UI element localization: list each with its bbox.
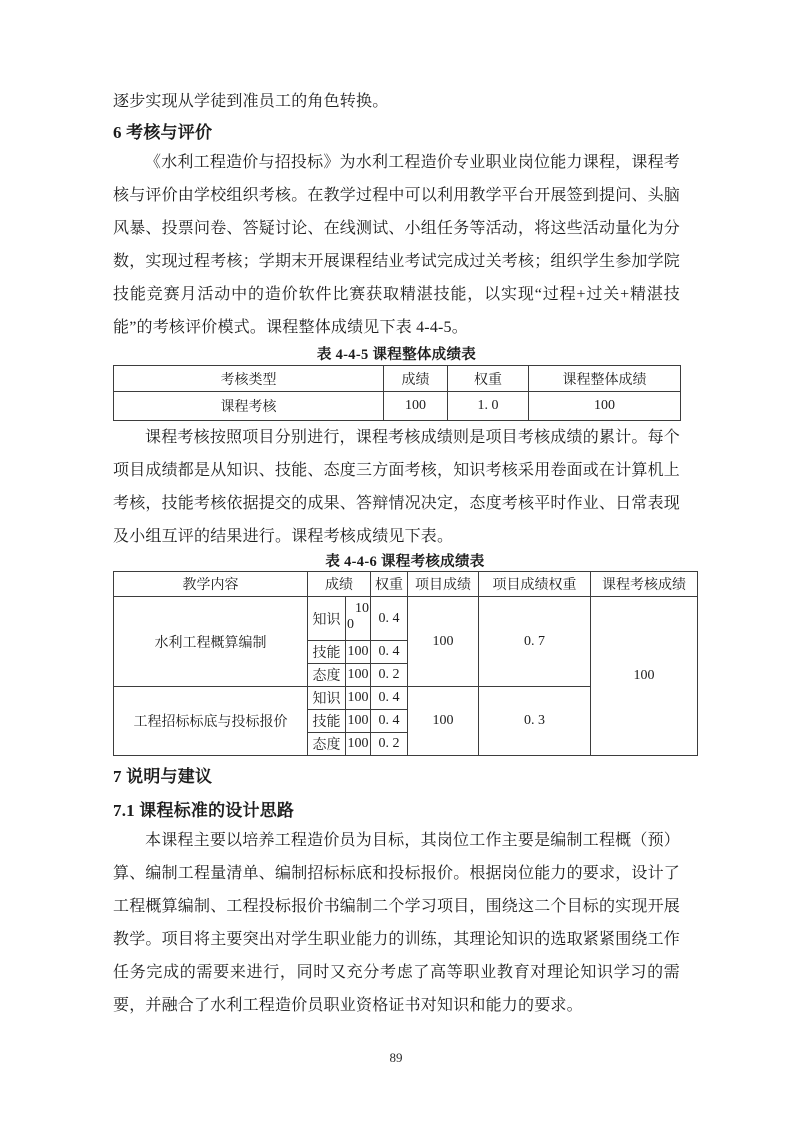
t1-header-weight: 权重 bbox=[448, 366, 529, 392]
t2-g1-project-score: 100 bbox=[408, 597, 479, 687]
page-number: 89 bbox=[0, 1050, 792, 1066]
t2-g2-knowledge-score: 100 bbox=[346, 687, 371, 710]
t2-g2-knowledge-weight: 0. 4 bbox=[371, 687, 408, 710]
t2-header-score: 成绩 bbox=[308, 572, 371, 597]
table-4-4-5-caption: 表 4-4-5 课程整体成绩表 bbox=[113, 346, 680, 364]
t2-g1-skill-score: 100 bbox=[346, 641, 371, 664]
t2-header-project-weight: 项目成绩权重 bbox=[479, 572, 591, 597]
section-7-1-paragraph: 本课程主要以培养工程造价员为目标，其岗位工作主要是编制工程概（预）算、编制工程量… bbox=[113, 824, 680, 1022]
t2-g1-attitude-score: 100 bbox=[346, 664, 371, 687]
section-6-paragraph: 《水利工程造价与招投标》为水利工程造价专业职业岗位能力课程，课程考核与评价由学校… bbox=[113, 146, 680, 344]
table-4-4-6-header-row: 教学内容 成绩 权重 项目成绩 项目成绩权重 课程考核成绩 bbox=[114, 572, 698, 597]
t2-g1-knowledge-label: 知识 bbox=[308, 597, 346, 641]
score-wrapped-line2: 0 bbox=[346, 617, 370, 633]
t2-g2-project-score: 100 bbox=[408, 687, 479, 756]
intro-paragraph: 逐步实现从学徒到准员工的角色转换。 bbox=[113, 85, 680, 118]
t2-g1-project-weight: 0. 7 bbox=[479, 597, 591, 687]
t2-g1-knowledge-score: 10 0 bbox=[346, 597, 371, 641]
t2-header-project-score: 项目成绩 bbox=[408, 572, 479, 597]
t1-header-score: 成绩 bbox=[384, 366, 448, 392]
t2-g2-attitude-weight: 0. 2 bbox=[371, 733, 408, 756]
t1-header-assess-type: 考核类型 bbox=[114, 366, 384, 392]
t1-cell-score: 100 bbox=[384, 392, 448, 421]
table-4-4-5-header-row: 考核类型 成绩 权重 课程整体成绩 bbox=[114, 366, 681, 392]
assessment-detail-paragraph: 课程考核按照项目分别进行，课程考核成绩则是项目考核成绩的累计。每个项目成绩都是从… bbox=[113, 421, 680, 553]
table-4-4-5-data-row: 课程考核 100 1. 0 100 bbox=[114, 392, 681, 421]
t2-g2-skill-score: 100 bbox=[346, 710, 371, 733]
t2-group1-name: 水利工程概算编制 bbox=[114, 597, 308, 687]
t2-course-score: 100 bbox=[591, 597, 698, 756]
t2-g2-attitude-label: 态度 bbox=[308, 733, 346, 756]
section-7-heading: 7 说明与建议 bbox=[113, 764, 680, 790]
table-row: 水利工程概算编制 知识 10 0 0. 4 100 0. 7 100 bbox=[114, 597, 698, 641]
t2-g2-skill-label: 技能 bbox=[308, 710, 346, 733]
section-7-1-heading: 7.1 课程标准的设计思路 bbox=[113, 798, 680, 824]
t2-g1-attitude-weight: 0. 2 bbox=[371, 664, 408, 687]
t1-cell-overall: 100 bbox=[529, 392, 681, 421]
t2-g2-project-weight: 0. 3 bbox=[479, 687, 591, 756]
t2-g1-skill-label: 技能 bbox=[308, 641, 346, 664]
t2-group2-name: 工程招标标底与投标报价 bbox=[114, 687, 308, 756]
t2-g2-attitude-score: 100 bbox=[346, 733, 371, 756]
t2-g2-skill-weight: 0. 4 bbox=[371, 710, 408, 733]
t2-g1-attitude-label: 态度 bbox=[308, 664, 346, 687]
t2-g2-knowledge-label: 知识 bbox=[308, 687, 346, 710]
t1-header-overall: 课程整体成绩 bbox=[529, 366, 681, 392]
t2-g1-skill-weight: 0. 4 bbox=[371, 641, 408, 664]
score-wrapped-line1: 10 bbox=[346, 597, 370, 617]
table-4-4-6-caption: 表 4-4-6 课程考核成绩表 bbox=[113, 553, 697, 571]
t2-header-content: 教学内容 bbox=[114, 572, 308, 597]
section-6-heading: 6 考核与评价 bbox=[113, 120, 680, 146]
document-page: 逐步实现从学徒到准员工的角色转换。 6 考核与评价 《水利工程造价与招投标》为水… bbox=[0, 0, 792, 1122]
t1-cell-assess-type: 课程考核 bbox=[114, 392, 384, 421]
t2-header-weight: 权重 bbox=[371, 572, 408, 597]
t2-g1-knowledge-weight: 0. 4 bbox=[371, 597, 408, 641]
t1-cell-weight: 1. 0 bbox=[448, 392, 529, 421]
table-4-4-6: 教学内容 成绩 权重 项目成绩 项目成绩权重 课程考核成绩 水利工程概算编制 知… bbox=[113, 571, 698, 756]
table-4-4-5: 考核类型 成绩 权重 课程整体成绩 课程考核 100 1. 0 100 bbox=[113, 365, 681, 421]
t2-header-course-score: 课程考核成绩 bbox=[591, 572, 698, 597]
